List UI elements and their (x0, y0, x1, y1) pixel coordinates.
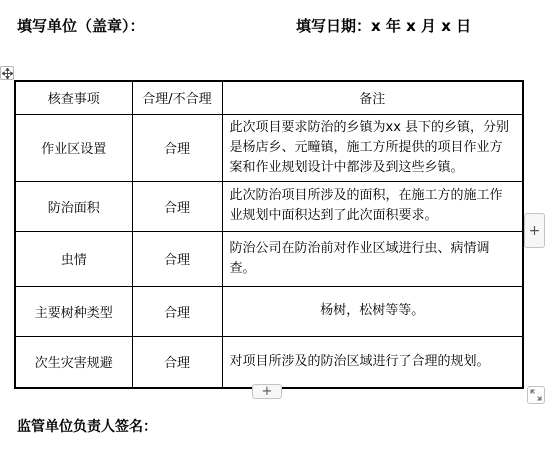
verdict-cell[interactable]: 合理 (132, 286, 222, 336)
inspection-item-cell[interactable]: 虫情 (15, 231, 132, 286)
table-row: 防治面积合理此次防治项目所涉及的面积，在施工方的施工作业规划中面积达到了此次面积… (15, 181, 523, 231)
verdict-cell[interactable]: 合理 (132, 231, 222, 286)
remark-cell[interactable]: 杨树，松树等等。 (222, 286, 523, 336)
table-row: 虫情合理防治公司在防治前对作业区域进行虫、病情调查。 (15, 231, 523, 286)
add-column-button[interactable]: + (524, 213, 545, 248)
table-row: 主要树种类型合理杨树，松树等等。 (15, 286, 523, 336)
verdict-cell[interactable]: 合理 (132, 181, 222, 231)
column-header: 备注 (222, 81, 523, 114)
table-row: 作业区设置合理此次项目要求防治的乡镇为xx 县下的乡镇，分别是杨店乡、元疃镇，施… (15, 114, 523, 181)
table-row: 次生灾害规避合理对项目所涉及的防治区域进行了合理的规划。 (15, 336, 523, 388)
add-row-button[interactable]: + (252, 384, 282, 399)
remark-cell[interactable]: 防治公司在防治前对作业区域进行虫、病情调查。 (222, 231, 523, 286)
inspection-item-cell[interactable]: 防治面积 (15, 181, 132, 231)
verdict-cell[interactable]: 合理 (132, 114, 222, 181)
inspection-item-cell[interactable]: 次生灾害规避 (15, 336, 132, 388)
remark-cell[interactable]: 此次项目要求防治的乡镇为xx 县下的乡镇，分别是杨店乡、元疃镇，施工方所提供的项… (222, 114, 523, 181)
remark-cell[interactable]: 此次防治项目所涉及的面积，在施工方的施工作业规划中面积达到了此次面积要求。 (222, 181, 523, 231)
fill-in-date-label: 填写日期：x 年 x 月 x 日 (296, 15, 471, 36)
table-resize-handle[interactable] (527, 386, 545, 404)
table-header-row: 核查事项合理/不合理备注 (15, 81, 523, 114)
remark-cell[interactable]: 对项目所涉及的防治区域进行了合理的规划。 (222, 336, 523, 388)
inspection-item-cell[interactable]: 作业区设置 (15, 114, 132, 181)
verdict-cell[interactable]: 合理 (132, 336, 222, 388)
column-header: 核查事项 (15, 81, 132, 114)
table-move-handle[interactable] (0, 66, 14, 80)
resize-diagonal-icon (530, 389, 542, 401)
supervisor-signature-label: 监管单位负责人签名： (17, 416, 157, 436)
table-body: 作业区设置合理此次项目要求防治的乡镇为xx 县下的乡镇，分别是杨店乡、元疃镇，施… (15, 114, 523, 388)
checklist-table: 核查事项合理/不合理备注 作业区设置合理此次项目要求防治的乡镇为xx 县下的乡镇… (14, 80, 524, 389)
inspection-item-cell[interactable]: 主要树种类型 (15, 286, 132, 336)
move-icon (2, 68, 13, 79)
fill-in-unit-label: 填写单位（盖章）： (17, 15, 145, 36)
document-page: { "page": { "top_left_label": "填写单位（盖章）：… (0, 0, 554, 463)
column-header: 合理/不合理 (132, 81, 222, 114)
